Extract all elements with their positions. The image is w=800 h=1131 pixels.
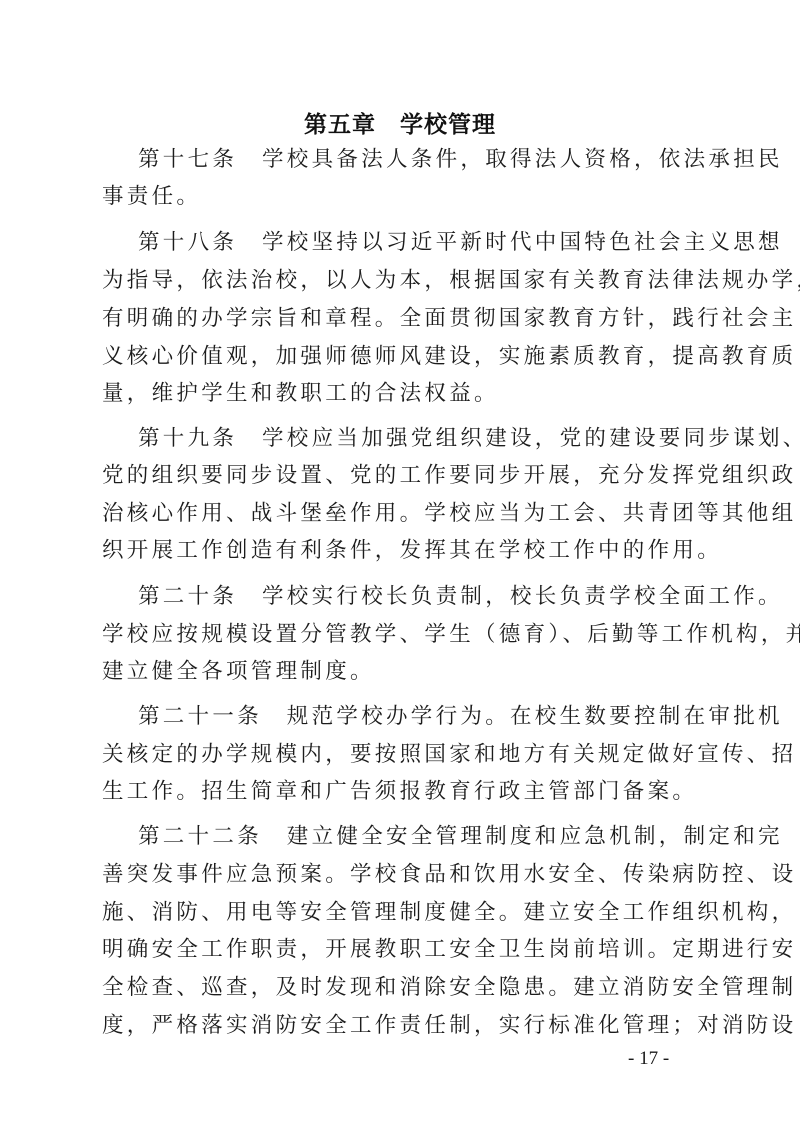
article-22-line-4: 明确安全工作职责，开展教职工安全卫生岗前培训。定期进行安 (102, 935, 712, 965)
article-21-line-1: 第二十一条 规范学校办学行为。在校生数要控制在审批机 (138, 702, 748, 732)
article-18-line-4: 义核心价值观，加强师德师风建设，实施素质教育，提高教育质 (102, 342, 712, 372)
article-19-line-2: 党的组织要同步设置、党的工作要同步开展，充分发挥党组织政 (102, 461, 712, 491)
article-22-line-6: 度，严格落实消防安全工作责任制，实行标准化管理；对消防设 (102, 1011, 712, 1041)
page-number: - 17 - (628, 1048, 669, 1070)
article-22-line-5: 全检查、巡查，及时发现和消除安全隐患。建立消防安全管理制 (102, 973, 712, 1003)
article-20-line-2: 学校应按规模设置分管教学、学生（德育）、后勤等工作机构，并 (102, 620, 712, 650)
article-22-line-1: 第二十二条 建立健全安全管理制度和应急机制，制定和完 (138, 822, 748, 852)
article-18-line-5: 量，维护学生和教职工的合法权益。 (102, 379, 712, 409)
article-18-line-2: 为指导，依法治校，以人为本，根据国家有关教育法律法规办学， (102, 266, 712, 296)
article-21-line-3: 生工作。招生简章和广告须报教育行政主管部门备案。 (102, 777, 712, 807)
article-17-line-2: 事责任。 (102, 182, 712, 212)
article-18-line-3: 有明确的办学宗旨和章程。全面贯彻国家教育方针，践行社会主 (102, 304, 712, 334)
article-19-line-1: 第十九条 学校应当加强党组织建设，党的建设要同步谋划、 (138, 424, 748, 454)
chapter-title: 第五章 学校管理 (0, 106, 800, 139)
document-page: 第五章 学校管理 第十七条 学校具备法人条件，取得法人资格，依法承担民 事责任。… (0, 0, 800, 1131)
article-22-line-3: 施、消防、用电等安全管理制度健全。建立安全工作组织机构， (102, 898, 712, 928)
article-21-line-2: 关核定的办学规模内，要按照国家和地方有关规定做好宣传、招 (102, 740, 712, 770)
article-17-line-1: 第十七条 学校具备法人条件，取得法人资格，依法承担民 (138, 145, 748, 175)
article-20-line-1: 第二十条 学校实行校长负责制，校长负责学校全面工作。 (138, 582, 748, 612)
article-18-line-1: 第十八条 学校坚持以习近平新时代中国特色社会主义思想 (138, 228, 748, 258)
article-19-line-4: 织开展工作创造有利条件，发挥其在学校工作中的作用。 (102, 536, 712, 566)
article-20-line-3: 建立健全各项管理制度。 (102, 657, 712, 687)
article-19-line-3: 治核心作用、战斗堡垒作用。学校应当为工会、共青团等其他组 (102, 499, 712, 529)
article-22-line-2: 善突发事件应急预案。学校食品和饮用水安全、传染病防控、设 (102, 860, 712, 890)
